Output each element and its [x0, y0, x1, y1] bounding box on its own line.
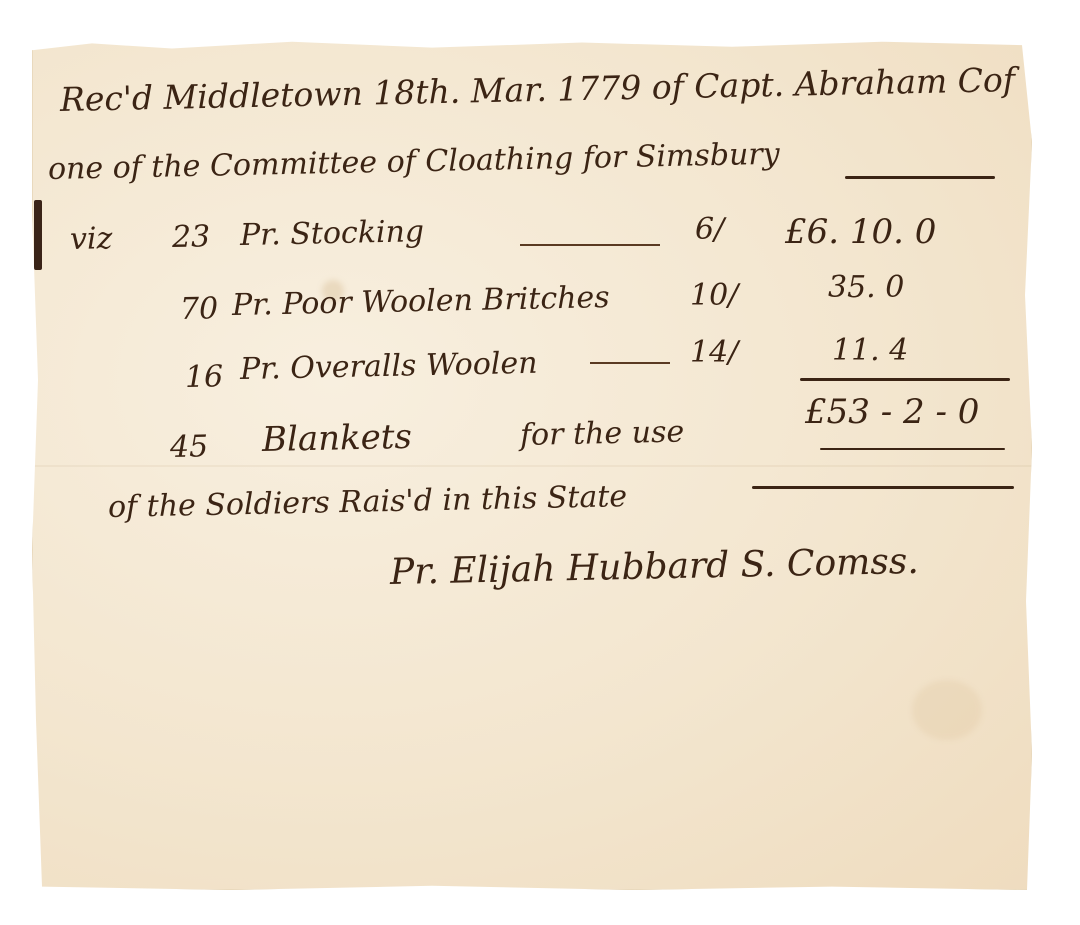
item-rate: 6/ [695, 212, 724, 247]
item-qty: 45 [170, 429, 209, 465]
viz-label: viz [70, 221, 113, 257]
item-rate: 14/ [690, 335, 738, 370]
total-underline [820, 448, 1005, 450]
leader-dash [590, 362, 670, 364]
ink-blot [34, 200, 42, 270]
item-description: Pr. Overalls Woolen [240, 346, 538, 387]
item-rate: 10/ [690, 278, 738, 313]
ruled-line [752, 486, 1014, 489]
item-amount: £6. 10. 0 [785, 212, 936, 252]
item-description: Blankets [262, 417, 413, 460]
ruled-line [845, 176, 995, 179]
total-amount: £53 - 2 - 0 [805, 392, 979, 432]
fold-crease [32, 465, 1032, 467]
item-qty: 16 [185, 359, 224, 395]
item-amount: 35. 0 [828, 270, 904, 305]
paper-stain [912, 680, 982, 740]
item-amount: 11. 4 [832, 333, 908, 368]
item-qty: 23 [172, 219, 211, 255]
leader-dash [520, 244, 660, 246]
purpose-line-1: for the use [520, 415, 685, 453]
item-qty: 70 [180, 291, 219, 327]
item-description: Pr. Stocking [240, 214, 425, 253]
sum-rule [800, 378, 1010, 381]
